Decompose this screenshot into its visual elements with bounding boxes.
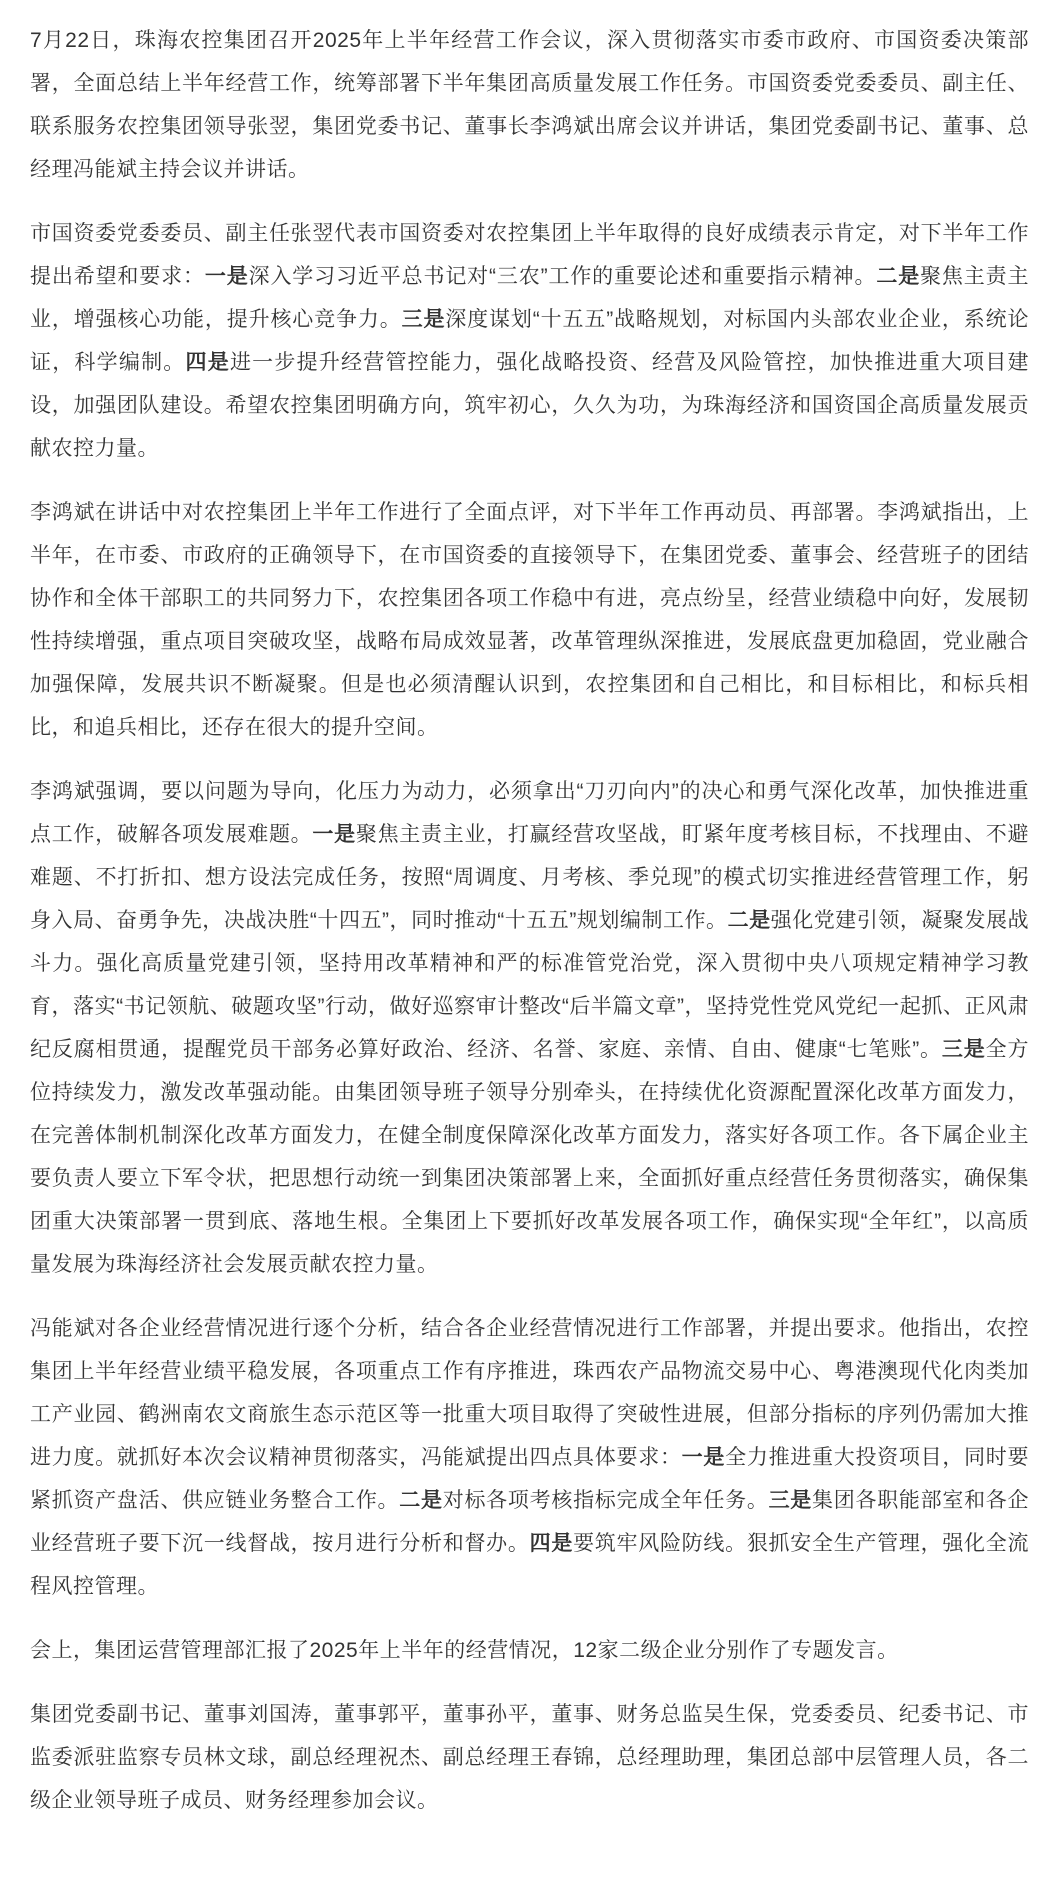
article-body: 7月22日，珠海农控集团召开2025年上半年经营工作会议，深入贯彻落实市委市政府… (30, 19, 1029, 1822)
text-run: 7月22日，珠海农控集团召开2025年上半年经营工作会议，深入贯彻落实市委市政府… (30, 29, 1029, 181)
bold-run: 一是 (312, 823, 355, 846)
bold-run: 四是 (186, 351, 230, 374)
bold-run: 二是 (728, 909, 771, 932)
paragraph: 李鸿斌在讲话中对农控集团上半年工作进行了全面点评，对下半年工作再动员、再部署。李… (30, 491, 1029, 749)
bold-run: 一是 (205, 265, 249, 288)
bold-run: 四是 (530, 1532, 573, 1555)
article-page: 7月22日，珠海农控集团召开2025年上半年经营工作会议，深入贯彻落实市委市政府… (0, 0, 1059, 1904)
bold-run: 三是 (942, 1038, 986, 1061)
text-run: 全方位持续发力，激发改革强动能。由集团领导班子领导分别牵头，在持续优化资源配置深… (30, 1038, 1029, 1276)
bold-run: 一是 (682, 1446, 725, 1469)
paragraph: 市国资委党委委员、副主任张翌代表市国资委对农控集团上半年取得的良好成绩表示肯定，… (30, 212, 1029, 470)
text-run: 集团党委副书记、董事刘国涛，董事郭平，董事孙平，董事、财务总监吴生保，党委委员、… (30, 1703, 1029, 1812)
paragraph: 会上，集团运营管理部汇报了2025年上半年的经营情况，12家二级企业分别作了专题… (30, 1629, 1029, 1672)
paragraph: 冯能斌对各企业经营情况进行逐个分析，结合各企业经营情况进行工作部署，并提出要求。… (30, 1307, 1029, 1608)
bold-run: 三是 (402, 308, 446, 331)
paragraph: 集团党委副书记、董事刘国涛，董事郭平，董事孙平，董事、财务总监吴生保，党委委员、… (30, 1693, 1029, 1822)
bold-run: 二是 (399, 1489, 442, 1512)
paragraph: 7月22日，珠海农控集团召开2025年上半年经营工作会议，深入贯彻落实市委市政府… (30, 19, 1029, 191)
text-run: 深入学习习近平总书记对“三农”工作的重要论述和重要指示精神。 (249, 265, 877, 288)
bold-run: 三是 (769, 1489, 812, 1512)
text-run: 会上，集团运营管理部汇报了2025年上半年的经营情况，12家二级企业分别作了专题… (30, 1639, 899, 1662)
bold-run: 二是 (876, 265, 920, 288)
paragraph: 李鸿斌强调，要以问题为导向，化压力为动力，必须拿出“刀刃向内”的决心和勇气深化改… (30, 770, 1029, 1286)
text-run: 李鸿斌在讲话中对农控集团上半年工作进行了全面点评，对下半年工作再动员、再部署。李… (30, 501, 1029, 739)
text-run: 对标各项考核指标完成全年任务。 (443, 1489, 769, 1512)
